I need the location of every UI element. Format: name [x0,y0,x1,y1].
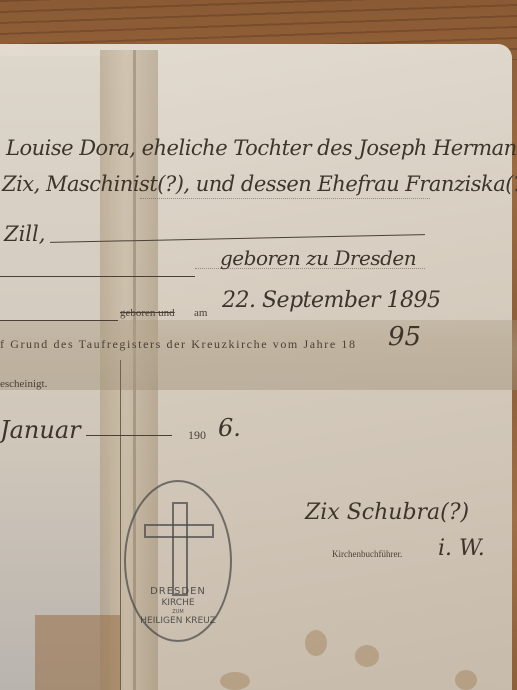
cross-bar [144,524,214,538]
seal-text-zum: ZUM [126,609,230,615]
parents-line: Zix, Maschinist(?), und dessen Ehefrau F… [2,172,517,196]
birth-date: 22. September 1895 [222,288,440,313]
issue-month: Januar [0,416,81,444]
issue-year-printed: 190 [188,428,206,443]
stain [355,645,379,667]
fold-line [120,360,121,690]
birthplace: geboren zu Dresden [220,246,416,270]
fill-line [86,435,172,436]
church-seal-stamp: DRESDEN KIRCHE ZUM HEILIGEN KREUZ [124,480,232,642]
signature-title: Kirchenbuchführer. [332,549,402,559]
mother-surname: Zill, [4,222,45,246]
seal-text-name: HEILIGEN KREUZ [126,616,230,626]
signature: Zix Schubra(?) [305,500,469,525]
struck-text: geboren und [120,307,175,319]
stain [220,672,250,690]
seal-text-city: DRESDEN [126,586,230,597]
certified-text: escheinigt. [0,378,47,390]
dotted-guide [195,268,425,269]
dotted-guide [140,198,430,199]
cross-icon [172,502,188,596]
horizontal-tape-strip [0,320,517,390]
name-line: Louise Dora, eheliche Tochter des Joseph… [6,136,517,160]
issue-year-handwritten: 6. [218,414,241,442]
stained-tape-corner [35,615,120,690]
am-label: am [194,307,207,319]
register-text: f Grund des Taufregisters der Kreuzkirch… [0,337,357,352]
seal-text-church: KIRCHE [126,598,230,608]
stain [305,630,327,656]
fill-line [0,276,195,277]
register-year: 95 [388,322,421,352]
fill-line [0,320,118,321]
signature-suffix: i. W. [438,536,485,561]
stain [455,670,477,690]
